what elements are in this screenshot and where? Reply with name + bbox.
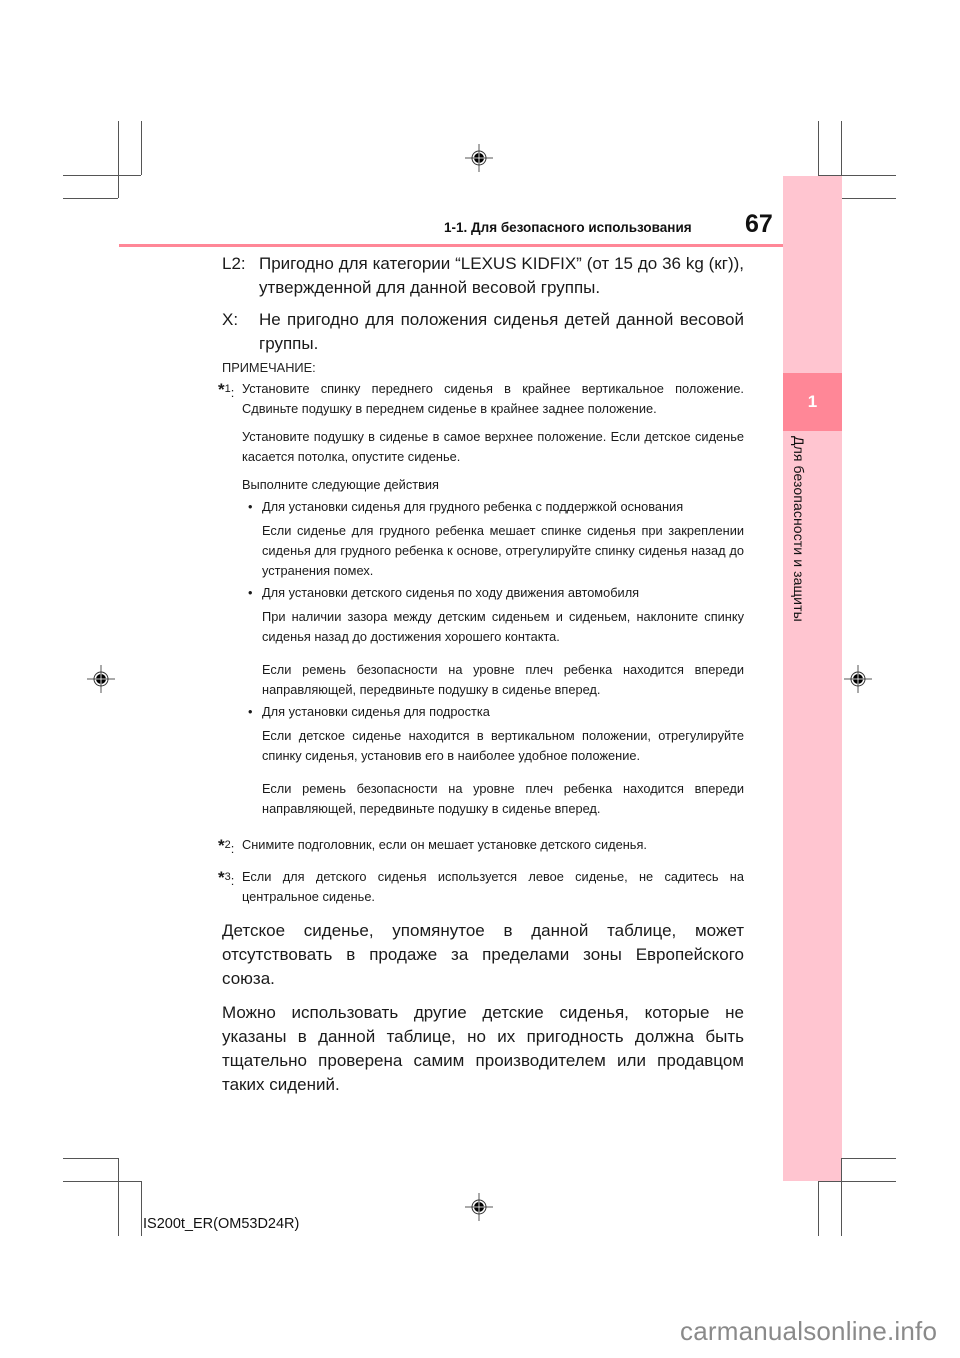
footnote: *2: Снимите подголовник, если он мешает … [222, 835, 744, 859]
body-paragraph: Детское сиденье, упомянутое в данной таб… [222, 919, 744, 991]
section-title: 1-1. Для безопасного использования [444, 220, 692, 235]
bullet-paragraph: Если детское сиденье находится в вертика… [262, 726, 744, 766]
bullet-paragraph: Если ремень безопасности на уровне плеч … [262, 779, 744, 819]
bullet-paragraph: Если ремень безопасности на уровне плеч … [262, 660, 744, 700]
registration-mark-icon [843, 664, 873, 694]
bullet-title: Для установки сиденья для подростка [262, 702, 744, 722]
note-label: ПРИМЕЧАНИЕ: [222, 360, 744, 375]
asterisk-icon: * [218, 836, 225, 855]
bullet-paragraph: При наличии зазора между детским сиденье… [262, 607, 744, 647]
page-content: L2: Пригодно для категории “LEXUS KIDFIX… [222, 252, 744, 1107]
definition-item: L2: Пригодно для категории “LEXUS KIDFIX… [222, 252, 744, 300]
definition-text: Не пригодно для положения сиденья детей … [259, 308, 744, 356]
footnote-text: Снимите подголовник, если он мешает уста… [242, 835, 744, 859]
footnote-marker: *2: [218, 835, 238, 859]
footnote-paragraph: Выполните следующие действия [242, 475, 744, 495]
bullet-title: Для установки сиденья для грудного ребен… [262, 497, 744, 517]
definition-text: Пригодно для категории “LEXUS KIDFIX” (о… [259, 252, 744, 300]
footnote-marker: *1: [218, 379, 238, 827]
bullet-item: • Для установки сиденья для грудного реб… [248, 497, 744, 517]
bullet-paragraph: Если сиденье для грудного ребенка мешает… [262, 521, 744, 581]
bullet-icon: • [248, 583, 262, 603]
definition-term: L2: [222, 252, 259, 300]
bullet-item: • Для установки сиденья для подростка [248, 702, 744, 722]
footnote-paragraph: Установите подушку в сиденье в самое вер… [242, 427, 744, 467]
footnote: *3: Если для детского сиденья использует… [222, 867, 744, 907]
footnote: *1: Установите спинку переднего сиденья … [222, 379, 744, 827]
chapter-title: Для безопасности и защиты [791, 436, 807, 622]
footnote-paragraph: Установите спинку переднего сиденья в кр… [242, 379, 744, 419]
registration-mark-icon [86, 664, 116, 694]
footnote-text: Если для детского сиденья используется л… [242, 867, 744, 907]
registration-mark-icon [464, 143, 494, 173]
header-divider [119, 244, 783, 247]
registration-mark-icon [464, 1192, 494, 1222]
bullet-icon: • [248, 702, 262, 722]
chapter-side-tab: 1 Для безопасности и защиты [783, 176, 842, 1181]
asterisk-icon: * [218, 380, 225, 399]
chapter-number: 1 [783, 373, 842, 431]
bullet-icon: • [248, 497, 262, 517]
definition-term: X: [222, 308, 259, 356]
watermark: carmanualsonline.info [680, 1316, 937, 1347]
footnote-marker: *3: [218, 867, 238, 907]
document-code: IS200t_ER(OM53D24R) [143, 1216, 299, 1232]
asterisk-icon: * [218, 868, 225, 887]
bullet-title: Для установки детского сиденья по ходу д… [262, 583, 744, 603]
definition-item: X: Не пригодно для положения сиденья дет… [222, 308, 744, 356]
bullet-item: • Для установки детского сиденья по ходу… [248, 583, 744, 603]
body-paragraph: Можно использовать другие детские сидень… [222, 1001, 744, 1097]
page-number: 67 [745, 210, 773, 239]
